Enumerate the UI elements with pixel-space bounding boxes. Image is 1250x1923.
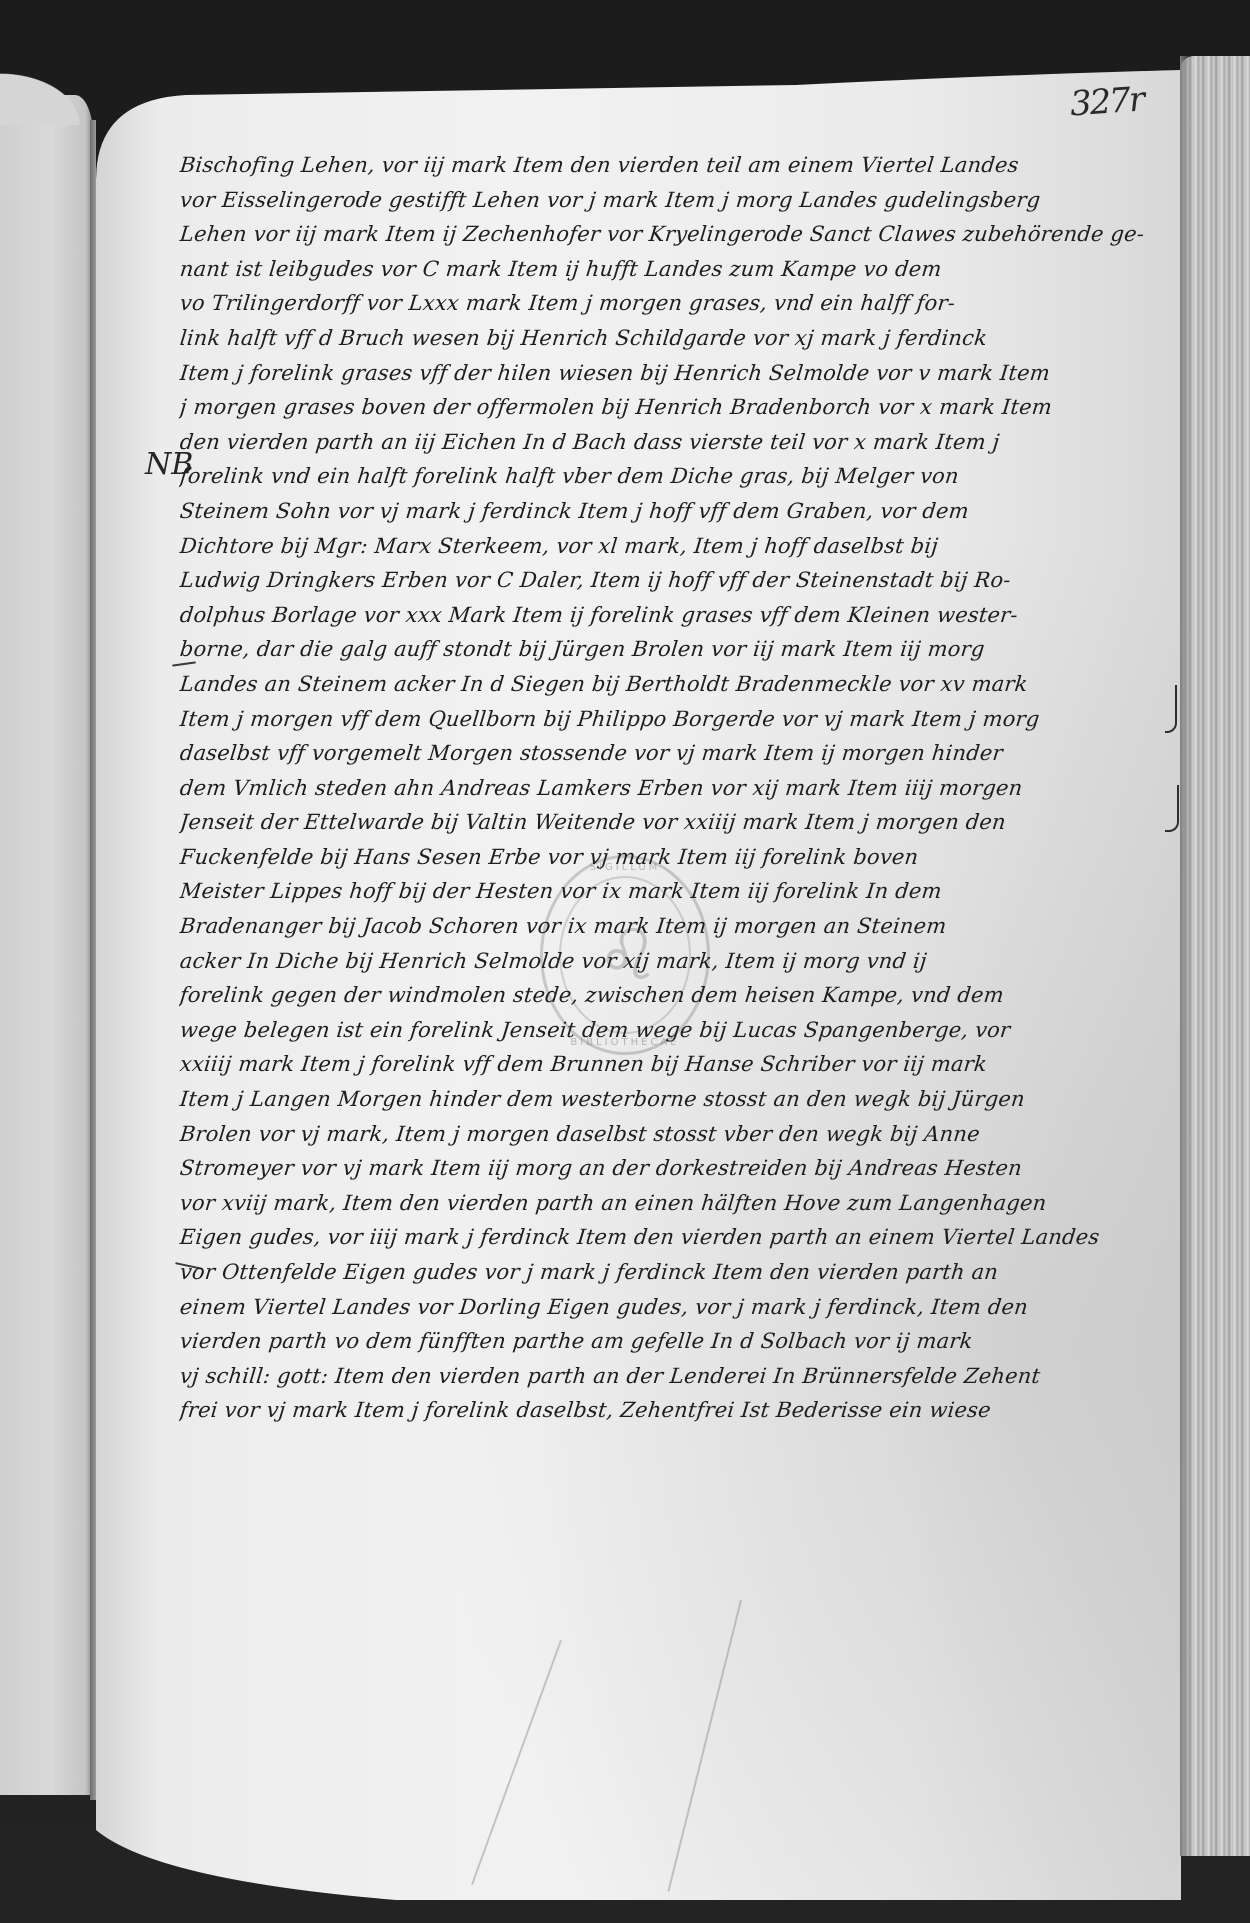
book-gutter	[90, 120, 96, 1800]
text-line: xxiiij mark Item j forelink vff dem Brun…	[178, 1047, 1172, 1082]
text-line: vor xviij mark, Item den vierden parth a…	[178, 1186, 1172, 1221]
text-line: forelink gegen der windmolen stede, zwis…	[178, 978, 1172, 1013]
text-line: einem Viertel Landes vor Dorling Eigen g…	[178, 1290, 1172, 1325]
text-line: Brolen vor vj mark, Item j morgen daselb…	[178, 1117, 1172, 1152]
text-line: j morgen grases boven der offermolen bij…	[178, 390, 1172, 425]
text-line: vo Trilingerdorff vor Lxxx mark Item j m…	[178, 286, 1172, 321]
text-line: Landes an Steinem acker In d Siegen bij …	[178, 667, 1172, 702]
text-line: Item j Langen Morgen hinder dem westerbo…	[178, 1082, 1172, 1117]
text-line: Meister Lippes hoff bij der Hesten vor i…	[178, 874, 1172, 909]
text-line: vierden parth vo dem fünfften parthe am …	[178, 1324, 1172, 1359]
page-edge-stack	[1180, 56, 1250, 1856]
manuscript-text: Bischofing Lehen, vor iij mark Item den …	[180, 148, 1170, 1428]
text-line: Eigen gudes, vor iiij mark j ferdinck It…	[178, 1220, 1172, 1255]
text-line: vj schill: gott: Item den vierden parth …	[178, 1359, 1172, 1394]
text-line: Bradenanger bij Jacob Schoren vor ix mar…	[178, 909, 1172, 944]
text-line: Ludwig Dringkers Erben vor C Daler, Item…	[178, 563, 1172, 598]
text-line: dem Vmlich steden ahn Andreas Lamkers Er…	[178, 771, 1172, 806]
text-line: wege belegen ist ein forelink Jenseit de…	[178, 1013, 1172, 1048]
text-line: acker In Diche bij Henrich Selmolde vor …	[178, 944, 1172, 979]
folio-number: 327r	[1069, 79, 1145, 124]
text-line: daselbst vff vorgemelt Morgen stossende …	[178, 736, 1172, 771]
text-line: vor Eisselingerode gestifft Lehen vor j …	[178, 183, 1172, 218]
text-line: nant ist leibgudes vor C mark Item ij hu…	[178, 252, 1172, 287]
text-line: vor Ottenfelde Eigen gudes vor j mark j …	[178, 1255, 1172, 1290]
text-line: Lehen vor iij mark Item ij Zechenhofer v…	[178, 217, 1172, 252]
text-line: Item j morgen vff dem Quellborn bij Phil…	[178, 702, 1172, 737]
text-line: Fuckenfelde bij Hans Sesen Erbe vor vj m…	[178, 840, 1172, 875]
text-line: link halft vff d Bruch wesen bij Henrich…	[178, 321, 1172, 356]
text-line: borne, dar die galg auff stondt bij Jürg…	[178, 632, 1172, 667]
manuscript-scan: 327r SIGILLUM ♌ BIBLIOTHECAE NB Bischofi…	[0, 0, 1250, 1923]
text-line: forelink vnd ein halft forelink halft vb…	[178, 459, 1172, 494]
text-line: dolphus Borlage vor xxx Mark Item ij for…	[178, 598, 1172, 633]
text-line: Dichtore bij Mgr: Marx Sterkeem, vor xl …	[178, 529, 1172, 564]
text-line: Jenseit der Ettelwarde bij Valtin Weiten…	[178, 805, 1172, 840]
text-line: frei vor vj mark Item j forelink daselbs…	[178, 1393, 1172, 1428]
text-line: den vierden parth an iij Eichen In d Bac…	[178, 425, 1172, 460]
text-line: Steinem Sohn vor vj mark j ferdinck Item…	[178, 494, 1172, 529]
text-line: Item j forelink grases vff der hilen wie…	[178, 356, 1172, 391]
left-page-edge	[0, 95, 93, 1795]
text-line: Bischofing Lehen, vor iij mark Item den …	[178, 148, 1172, 183]
text-line: Stromeyer vor vj mark Item iij morg an d…	[178, 1151, 1172, 1186]
